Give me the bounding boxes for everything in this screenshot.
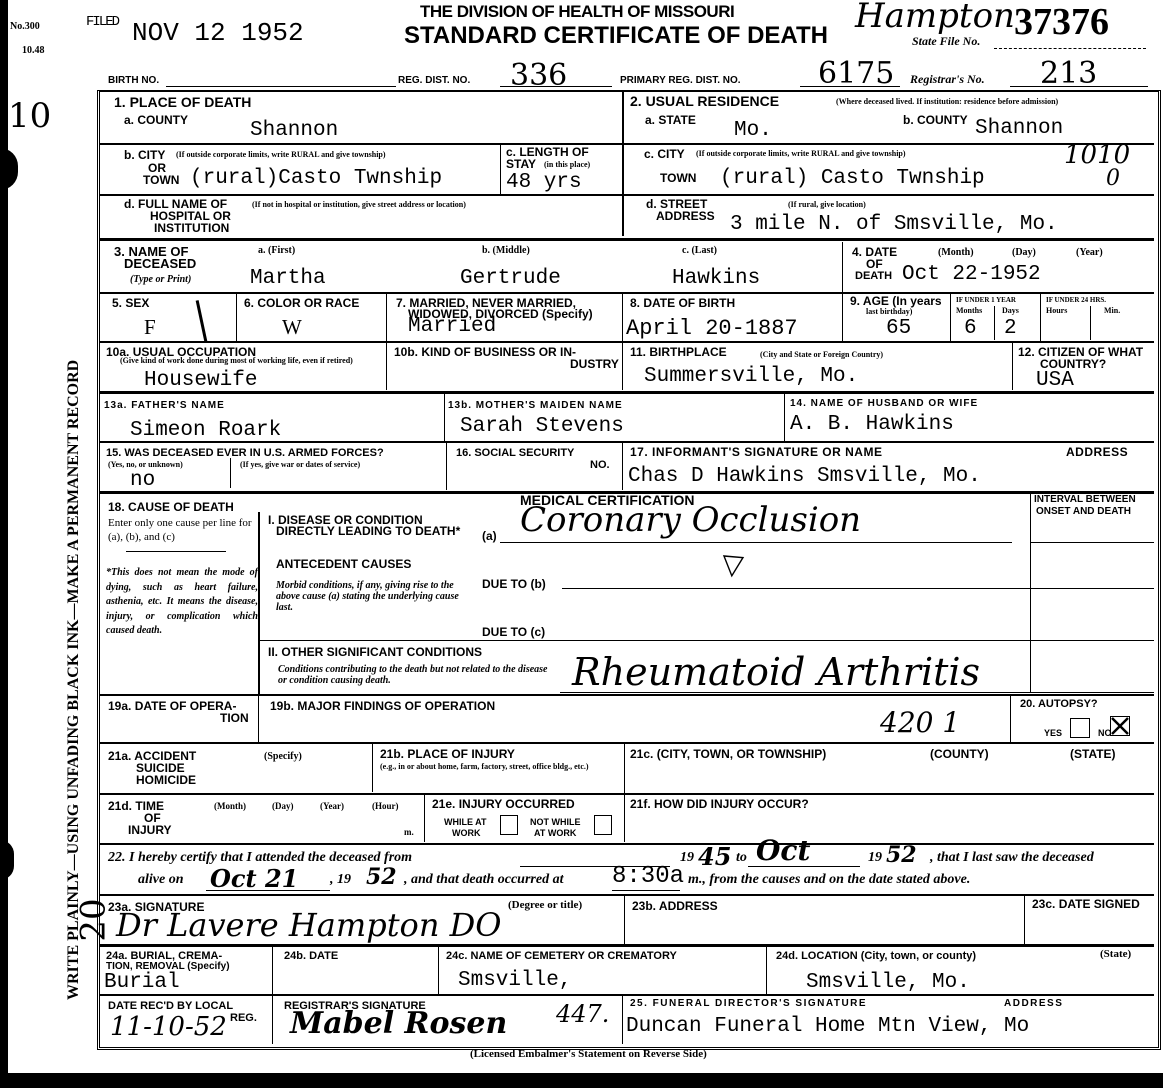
to-year-value: 52: [886, 842, 917, 868]
place-of-injury-note: (e.g., in or about home, farm, factory, …: [380, 762, 620, 771]
other-conditions-value: Rheumatoid Arthritis: [572, 650, 980, 694]
while-at-work-checkbox[interactable]: [500, 815, 518, 835]
footer-note: (Licensed Embalmer's Statement on Revers…: [470, 1050, 707, 1059]
cause-label: 18. CAUSE OF DEATH: [108, 501, 234, 513]
filed-date-stamp: NOV 12 1952: [132, 18, 304, 48]
to-year-prefix: 19: [868, 852, 882, 863]
months-label: Months: [956, 306, 982, 315]
res-code: 1010: [1064, 140, 1130, 170]
hospital-label-3: INSTITUTION: [154, 222, 229, 234]
occupation-note: (Give kind of work done during most of w…: [120, 356, 380, 365]
res-state-value: Mo.: [734, 120, 772, 142]
from-year-prefix: 19: [680, 852, 694, 863]
funeral-address-label: ADDRESS: [1004, 998, 1063, 1010]
registrar-signature: Mabel Rosen: [290, 1006, 507, 1041]
margin-note-top: 10: [8, 96, 51, 136]
days-label: Days: [1002, 306, 1019, 315]
birthplace-note: (City and State or Foreign Country): [760, 350, 883, 359]
injury-city-label: 21c. (CITY, TOWN, OR TOWNSHIP): [630, 748, 826, 760]
date-of-death-value: Oct 22-1952: [902, 264, 1041, 286]
sex-value: F: [144, 316, 156, 338]
birth-no-label: BIRTH NO.: [108, 76, 159, 85]
stay-label-2: STAY: [506, 158, 536, 170]
age-label-2: last birthday): [866, 307, 912, 316]
res-code-2: 0: [1106, 166, 1120, 191]
ssn-label: 16. SOCIAL SECURITY: [456, 447, 574, 459]
father-name-value: Simeon Roark: [130, 420, 281, 442]
interval-label: INTERVAL BETWEEN: [1034, 494, 1136, 506]
alive-year-value: 52: [366, 864, 397, 890]
residence-note: (Where deceased lived. If institution: r…: [836, 97, 1058, 106]
alive-date-value: Oct 21: [210, 864, 298, 893]
cause-instructions: Enter only one cause per line for (a), (…: [108, 516, 256, 544]
months-value: 6: [964, 318, 977, 340]
street-value: 3 mile N. of Smsville, Mo.: [730, 214, 1058, 236]
father-label: 13a. FATHER'S NAME: [104, 400, 225, 412]
res-city-label: c. CITY: [644, 148, 685, 160]
residence-title: 2. USUAL RESIDENCE: [630, 95, 779, 107]
city-note: (If outside corporate limits, write RURA…: [176, 150, 386, 159]
antecedent-label: ANTECEDENT CAUSES: [276, 558, 411, 570]
age-value: 65: [886, 318, 911, 340]
dob-label: 8. DATE OF BIRTH: [630, 297, 735, 309]
death-city-value: (rural)Casto Twnship: [190, 168, 442, 190]
length-of-stay-value: 48 yrs: [506, 172, 582, 194]
other-conditions-label: II. OTHER SIGNIFICANT CONDITIONS: [268, 646, 482, 658]
sex-label: 5. SEX: [112, 297, 149, 309]
res-city-town: TOWN: [660, 172, 696, 184]
cemetery-label: 24c. NAME OF CEMETERY OR CREMATORY: [446, 950, 677, 962]
interval-label-2: ONSET AND DEATH: [1036, 506, 1131, 518]
certify-line-1b: , that I last saw the deceased: [930, 852, 1094, 863]
place-of-injury-label: 21b. PLACE OF INJURY: [380, 748, 515, 760]
last-name-label: c. (Last): [682, 246, 717, 255]
state-file-label: State File No.: [912, 36, 980, 47]
checkmark-x-icon: [1111, 717, 1129, 735]
name-label-2: DECEASED: [124, 258, 196, 270]
city-town: TOWN: [143, 174, 179, 186]
injury-state-label: (STATE): [1070, 748, 1116, 760]
funeral-director-label: 25. FUNERAL DIRECTOR'S SIGNATURE: [630, 998, 867, 1010]
race-value: W: [282, 316, 302, 338]
dod-month-label: (Month): [938, 248, 974, 257]
reg-dist-label: REG. DIST. NO.: [398, 76, 470, 85]
race-label: 6. COLOR OR RACE: [244, 297, 359, 309]
how-injury-label: 21f. HOW DID INJURY OCCUR?: [630, 798, 809, 810]
autopsy-label: 20. AUTOPSY?: [1020, 698, 1098, 710]
to-label: to: [736, 852, 747, 863]
date-received-label-2: REG.: [230, 1012, 257, 1024]
autopsy-yes-label: YES: [1044, 727, 1062, 739]
other-conditions-note: Conditions contributing to the death but…: [278, 664, 558, 686]
mins-label: Min.: [1104, 306, 1120, 315]
cemetery-value: Smsville,: [458, 970, 571, 992]
time-of-injury-label-3: INJURY: [128, 824, 172, 836]
op-findings-label: 19b. MAJOR FINDINGS OF OPERATION: [270, 700, 495, 712]
informant-address-label: ADDRESS: [1066, 446, 1128, 458]
state-file-number: 37376: [1014, 0, 1109, 44]
op-date-label-2: TION: [220, 712, 249, 724]
under-24-label: IF UNDER 24 HRS.: [1046, 296, 1106, 305]
injury-month-label: (Month): [214, 802, 246, 811]
disease-label-2: DIRECTLY LEADING TO DEATH*: [276, 525, 460, 537]
res-county-label: b. COUNTY: [903, 114, 968, 126]
injury-county-label: (COUNTY): [930, 748, 989, 760]
date-signed-label: 23c. DATE SIGNED: [1032, 898, 1140, 910]
certify-line-2c: m., from the causes and on the date stat…: [688, 874, 970, 885]
street-label-2: ADDRESS: [656, 210, 715, 222]
dod-label-2: OF: [866, 258, 883, 270]
due-to-b-label: DUE TO (b): [482, 578, 546, 590]
days-value: 2: [1004, 318, 1017, 340]
citizen-value: USA: [1036, 370, 1074, 392]
injury-hour-label: (Hour): [372, 802, 399, 811]
address-23b-label: 23b. ADDRESS: [632, 900, 718, 912]
county-label: a. COUNTY: [124, 114, 188, 126]
certify-line-1: 22. I hereby certify that I attended the…: [108, 852, 412, 863]
cause-code-note: 420 1: [880, 706, 960, 739]
physician-signature: Dr Lavere Hampton DO: [116, 906, 501, 944]
marital-status-value: Married: [408, 316, 496, 338]
form-revision: 10.48: [22, 46, 45, 55]
not-while-work-label-2: AT WORK: [534, 827, 576, 839]
injury-day-label: (Day): [272, 802, 294, 811]
state-file-note: Hampton: [855, 0, 1015, 36]
registrar-signature-note: 447.: [556, 1000, 609, 1028]
burial-location-label: 24d. LOCATION (City, town, or county): [776, 950, 976, 962]
last-name-value: Hawkins: [672, 268, 760, 290]
business-label: 10b. KIND OF BUSINESS OR IN-: [394, 346, 576, 358]
due-to-c-label: DUE TO (c): [482, 626, 545, 638]
birthplace-value: Summersville, Mo.: [644, 366, 858, 388]
accident-label-3: HOMICIDE: [136, 774, 196, 786]
funeral-director-value: Duncan Funeral Home Mtn View, Mo: [626, 1016, 1029, 1038]
alive-on-label: alive on: [138, 874, 184, 885]
armed-forces-label: 15. WAS DECEASED EVER IN U.S. ARMED FORC…: [106, 447, 384, 459]
date-of-birth-value: April 20-1887: [626, 318, 798, 340]
alive-year-prefix: , 19: [330, 874, 351, 885]
business-label-2: DUSTRY: [570, 358, 619, 370]
form-number: No.300: [10, 22, 40, 31]
res-city-note: (If outside corporate limits, write RURA…: [696, 149, 906, 158]
injury-occurred-label: 21e. INJURY OCCURRED: [432, 798, 575, 810]
burial-date-label: 24b. DATE: [284, 950, 338, 962]
place-of-death-title: 1. PLACE OF DEATH: [114, 96, 251, 108]
mother-name-value: Sarah Stevens: [460, 416, 624, 438]
dod-label-3: DEATH: [855, 270, 892, 282]
registrar-no-label: Registrar's No.: [910, 74, 985, 85]
middle-name-value: Gertrude: [460, 268, 561, 290]
injury-year-label: (Year): [320, 802, 344, 811]
informant-label: 17. INFORMANT'S SIGNATURE OR NAME: [630, 446, 882, 458]
to-date-value: Oct: [756, 834, 810, 867]
autopsy-no-checkbox[interactable]: [1110, 716, 1130, 736]
first-name-label: a. (First): [258, 246, 295, 255]
dod-year-label: (Year): [1076, 248, 1103, 257]
antecedent-note: Morbid conditions, if any, giving rise t…: [276, 580, 476, 613]
birthplace-label: 11. BIRTHPLACE: [630, 346, 727, 358]
date-received-value: 11-10-52: [110, 1012, 227, 1042]
reg-dist-value: 336: [510, 58, 567, 93]
name-label-3: (Type or Print): [130, 274, 191, 285]
burial-state-label: (State): [1100, 950, 1131, 959]
stay-note: (in this place): [544, 160, 590, 169]
agency-name: THE DIVISION OF HEALTH OF MISSOURI: [420, 2, 734, 22]
primary-reg-label: PRIMARY REG. DIST. NO.: [620, 76, 741, 85]
res-county-value: Shannon: [975, 118, 1063, 140]
hours-label: Hours: [1046, 306, 1067, 315]
spouse-name-value: A. B. Hawkins: [790, 414, 954, 436]
ditto-mark: ▽: [721, 547, 745, 582]
mother-label: 13b. MOTHER'S MAIDEN NAME: [448, 400, 623, 412]
armed-forces-note: (Yes, no, or unknown): [108, 460, 183, 469]
age-label: 9. AGE (In years: [850, 295, 942, 307]
cause-a-marker: (a): [482, 530, 497, 542]
res-state-label: a. STATE: [645, 114, 696, 126]
first-name-value: Martha: [250, 268, 326, 290]
cause-a-value: Coronary Occlusion: [520, 500, 861, 540]
op-date-label: 19a. DATE OF OPERA-: [108, 700, 236, 712]
filed-stamp: FILED: [86, 14, 118, 30]
death-county-value: Shannon: [250, 120, 338, 142]
accident-specify: (Specify): [264, 752, 302, 761]
res-city-value: (rural) Casto Twnship: [720, 168, 985, 190]
autopsy-yes-checkbox[interactable]: [1070, 718, 1090, 738]
armed-forces-value: no: [130, 470, 155, 492]
document-title: STANDARD CERTIFICATE OF DEATH: [404, 22, 828, 50]
ssn-label-2: NO.: [590, 459, 610, 471]
burial-type-value: Burial: [104, 972, 180, 994]
street-note: (If rural, give location): [788, 200, 866, 209]
degree-label: (Degree or title): [508, 901, 582, 910]
hospital-note: (If not in hospital or institution, give…: [252, 200, 466, 209]
from-year-value: 45: [698, 842, 731, 871]
armed-forces-note-2: (If yes, give war or dates of service): [240, 460, 360, 469]
under-1-year-label: IF UNDER 1 YEAR: [956, 296, 1016, 305]
cause-note: *This does not mean the mode of dying, s…: [106, 566, 258, 639]
occupation-value: Housewife: [144, 370, 257, 392]
death-time-value: 8:30a: [612, 866, 684, 888]
dod-day-label: (Day): [1012, 248, 1036, 257]
scan-edge-bottom: [0, 1073, 1163, 1088]
city-label: b. CITY: [124, 149, 165, 161]
while-at-work-label-2: WORK: [452, 827, 481, 839]
middle-name-label: b. (Middle): [482, 246, 530, 255]
informant-value: Chas D Hawkins Smsville, Mo.: [628, 466, 981, 488]
not-while-work-checkbox[interactable]: [594, 815, 612, 835]
burial-location-value: Smsville, Mo.: [806, 972, 970, 994]
certify-line-2b: , and that death occurred at: [404, 874, 563, 885]
injury-m-label: m.: [404, 828, 414, 837]
date-received-label: DATE REC'D BY LOCAL: [108, 1000, 233, 1012]
spouse-label: 14. NAME OF HUSBAND OR WIFE: [790, 398, 978, 410]
